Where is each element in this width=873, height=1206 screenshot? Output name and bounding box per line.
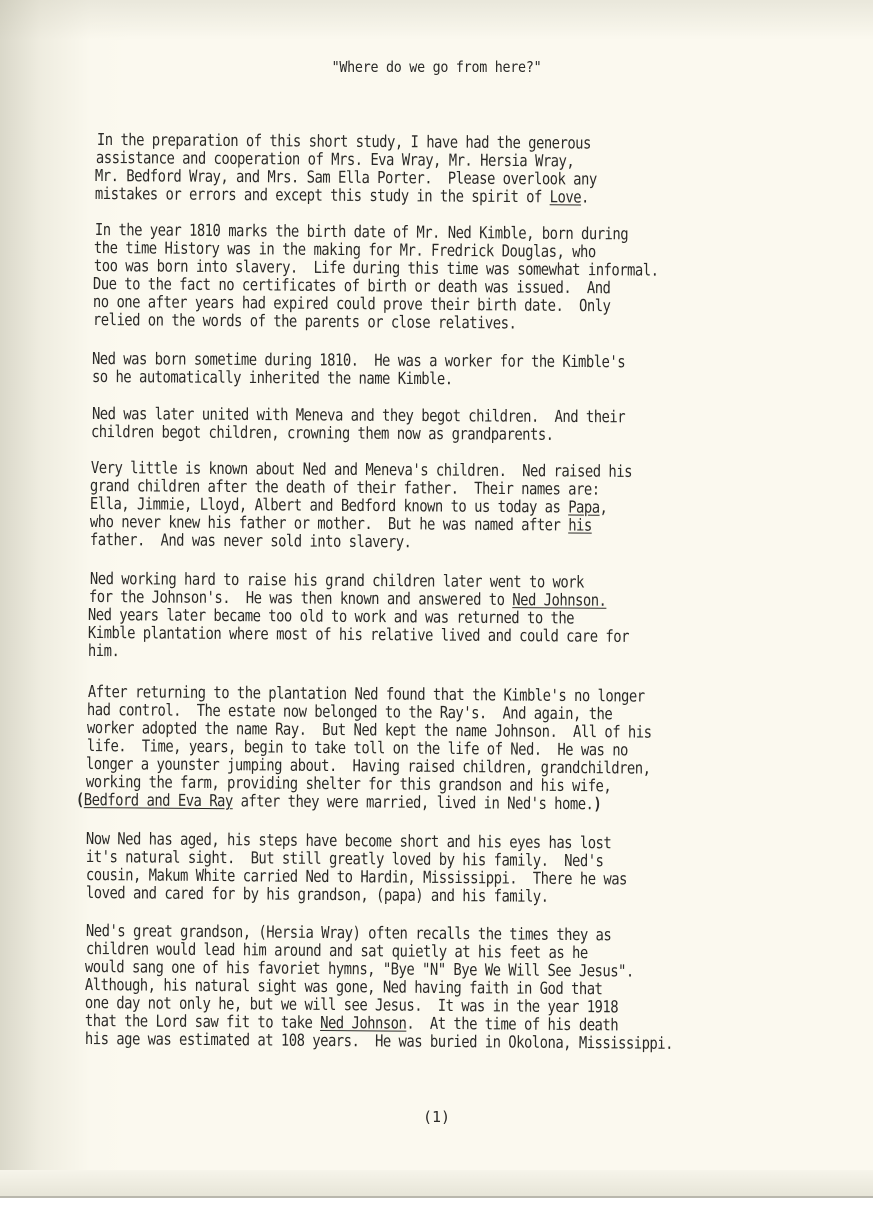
handwritten-bracket-close: )	[593, 794, 601, 813]
text-line: children begot children, crowning them n…	[91, 423, 554, 444]
text-line: relied on the words of the parents or cl…	[93, 311, 516, 333]
underlined-papa: Papa	[568, 497, 599, 516]
text-segment: .	[581, 188, 589, 207]
underlined-love: Love	[550, 187, 581, 206]
underlined-ned-johnson: Ned Johnson.	[512, 590, 606, 610]
underlined-bedford-eva: Bedford and Eva Ray	[84, 790, 233, 810]
text-line: his age was estimated at 108 years. He w…	[85, 1030, 673, 1053]
text-segment: mistakes or errors and except this study…	[95, 184, 550, 206]
page-number: (1)	[0, 1108, 873, 1126]
underlined-ned-johnson: Ned Johnson	[320, 1013, 406, 1033]
text-line: (Bedford and Eva Ray after they were mar…	[76, 791, 601, 813]
text-line: him.	[88, 642, 119, 660]
text-segment: after they were married, lived in Ned's …	[233, 791, 594, 813]
text-line: father. And was never sold into slavery.	[90, 531, 412, 551]
text-segment: ,	[600, 498, 608, 517]
document-page: "Where do we go from here?" In the prepa…	[0, 0, 873, 1196]
text-line: Kimble plantation where most of his rela…	[88, 624, 629, 646]
page-bottom-edge	[0, 1170, 873, 1198]
scan-margin	[0, 1198, 873, 1206]
underlined-his: his	[568, 515, 592, 534]
document-title: "Where do we go from here?"	[61, 58, 812, 76]
text-line: so he automatically inherited the name K…	[92, 368, 453, 388]
text-line: mistakes or errors and except this study…	[95, 185, 589, 207]
text-line: loved and cared for by his grandson, (pa…	[86, 884, 549, 906]
